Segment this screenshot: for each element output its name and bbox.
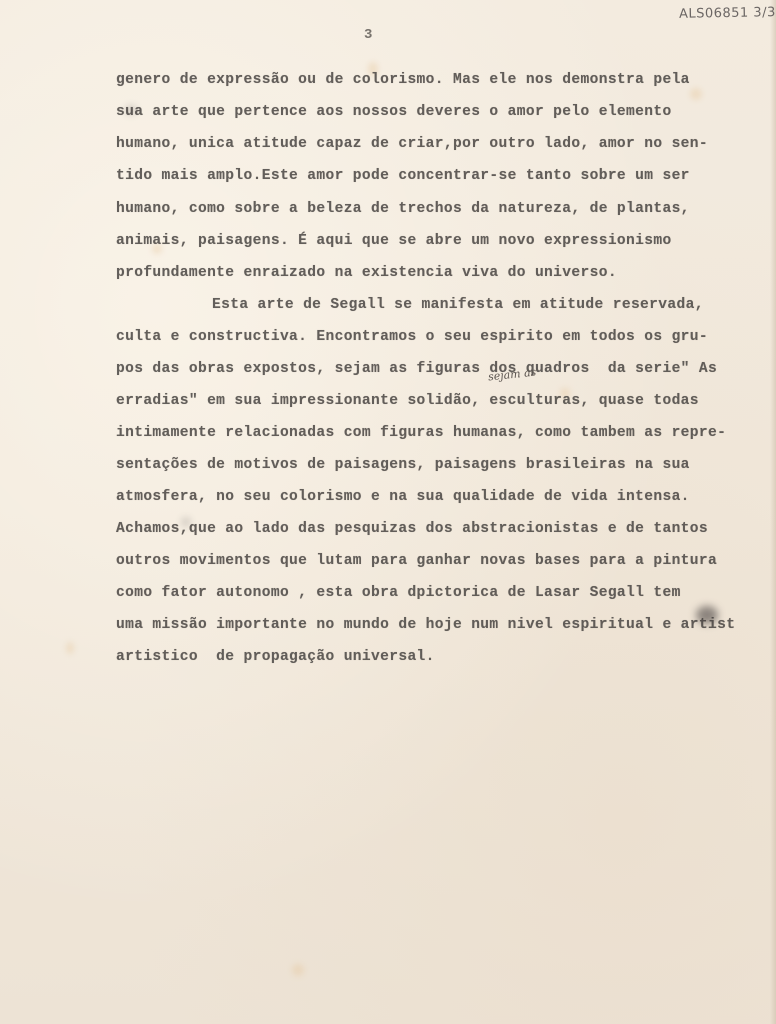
page-number: 3 [364,27,372,43]
text-line: sua arte que pertence aos nossos deveres… [116,104,672,120]
paper-edge [770,0,776,1024]
paper-page [0,0,776,1024]
paper-stain [66,642,74,654]
text-line: pos das obras expostos, sejam as figuras… [116,361,717,377]
text-line: profundamente enraizado na existencia vi… [116,265,617,281]
text-line: intimamente relacionadas com figuras hum… [116,425,726,441]
text-line: como fator autonomo , esta obra dpictori… [116,585,681,601]
text-line: humano, como sobre a beleza de trechos d… [116,201,690,217]
text-line: outros movimentos que lutam para ganhar … [116,553,717,569]
text-line: erradias" em sua impressionante solidão,… [116,393,699,409]
ink-smudge [696,606,718,624]
text-line: culta e constructiva. Encontramos o seu … [116,329,708,345]
paragraph-start-line: Esta arte de Segall se manifesta em atit… [212,297,704,313]
text-line: atmosfera, no seu colorismo e na sua qua… [116,489,690,505]
ink-smudge [182,518,190,526]
text-line: humano, unica atitude capaz de criar,por… [116,136,708,152]
text-line: sentações de motivos de paisagens, paisa… [116,457,690,473]
text-line: tido mais amplo.Este amor pode concentra… [116,168,690,184]
text-line: genero de expressão ou de colorismo. Mas… [116,72,690,88]
text-line: animais, paisagens. É aqui que se abre u… [116,233,672,249]
text-line: Achamos,que ao lado das pesquizas dos ab… [116,521,708,537]
paper-stain [292,964,304,976]
paper-stain [690,88,702,100]
archive-reference: ALS06851 3/3 [679,5,776,22]
text-line: artistico de propagação universal. [116,649,435,665]
text-line: uma missão importante no mundo de hoje n… [116,617,735,633]
ink-smudge [126,106,136,114]
